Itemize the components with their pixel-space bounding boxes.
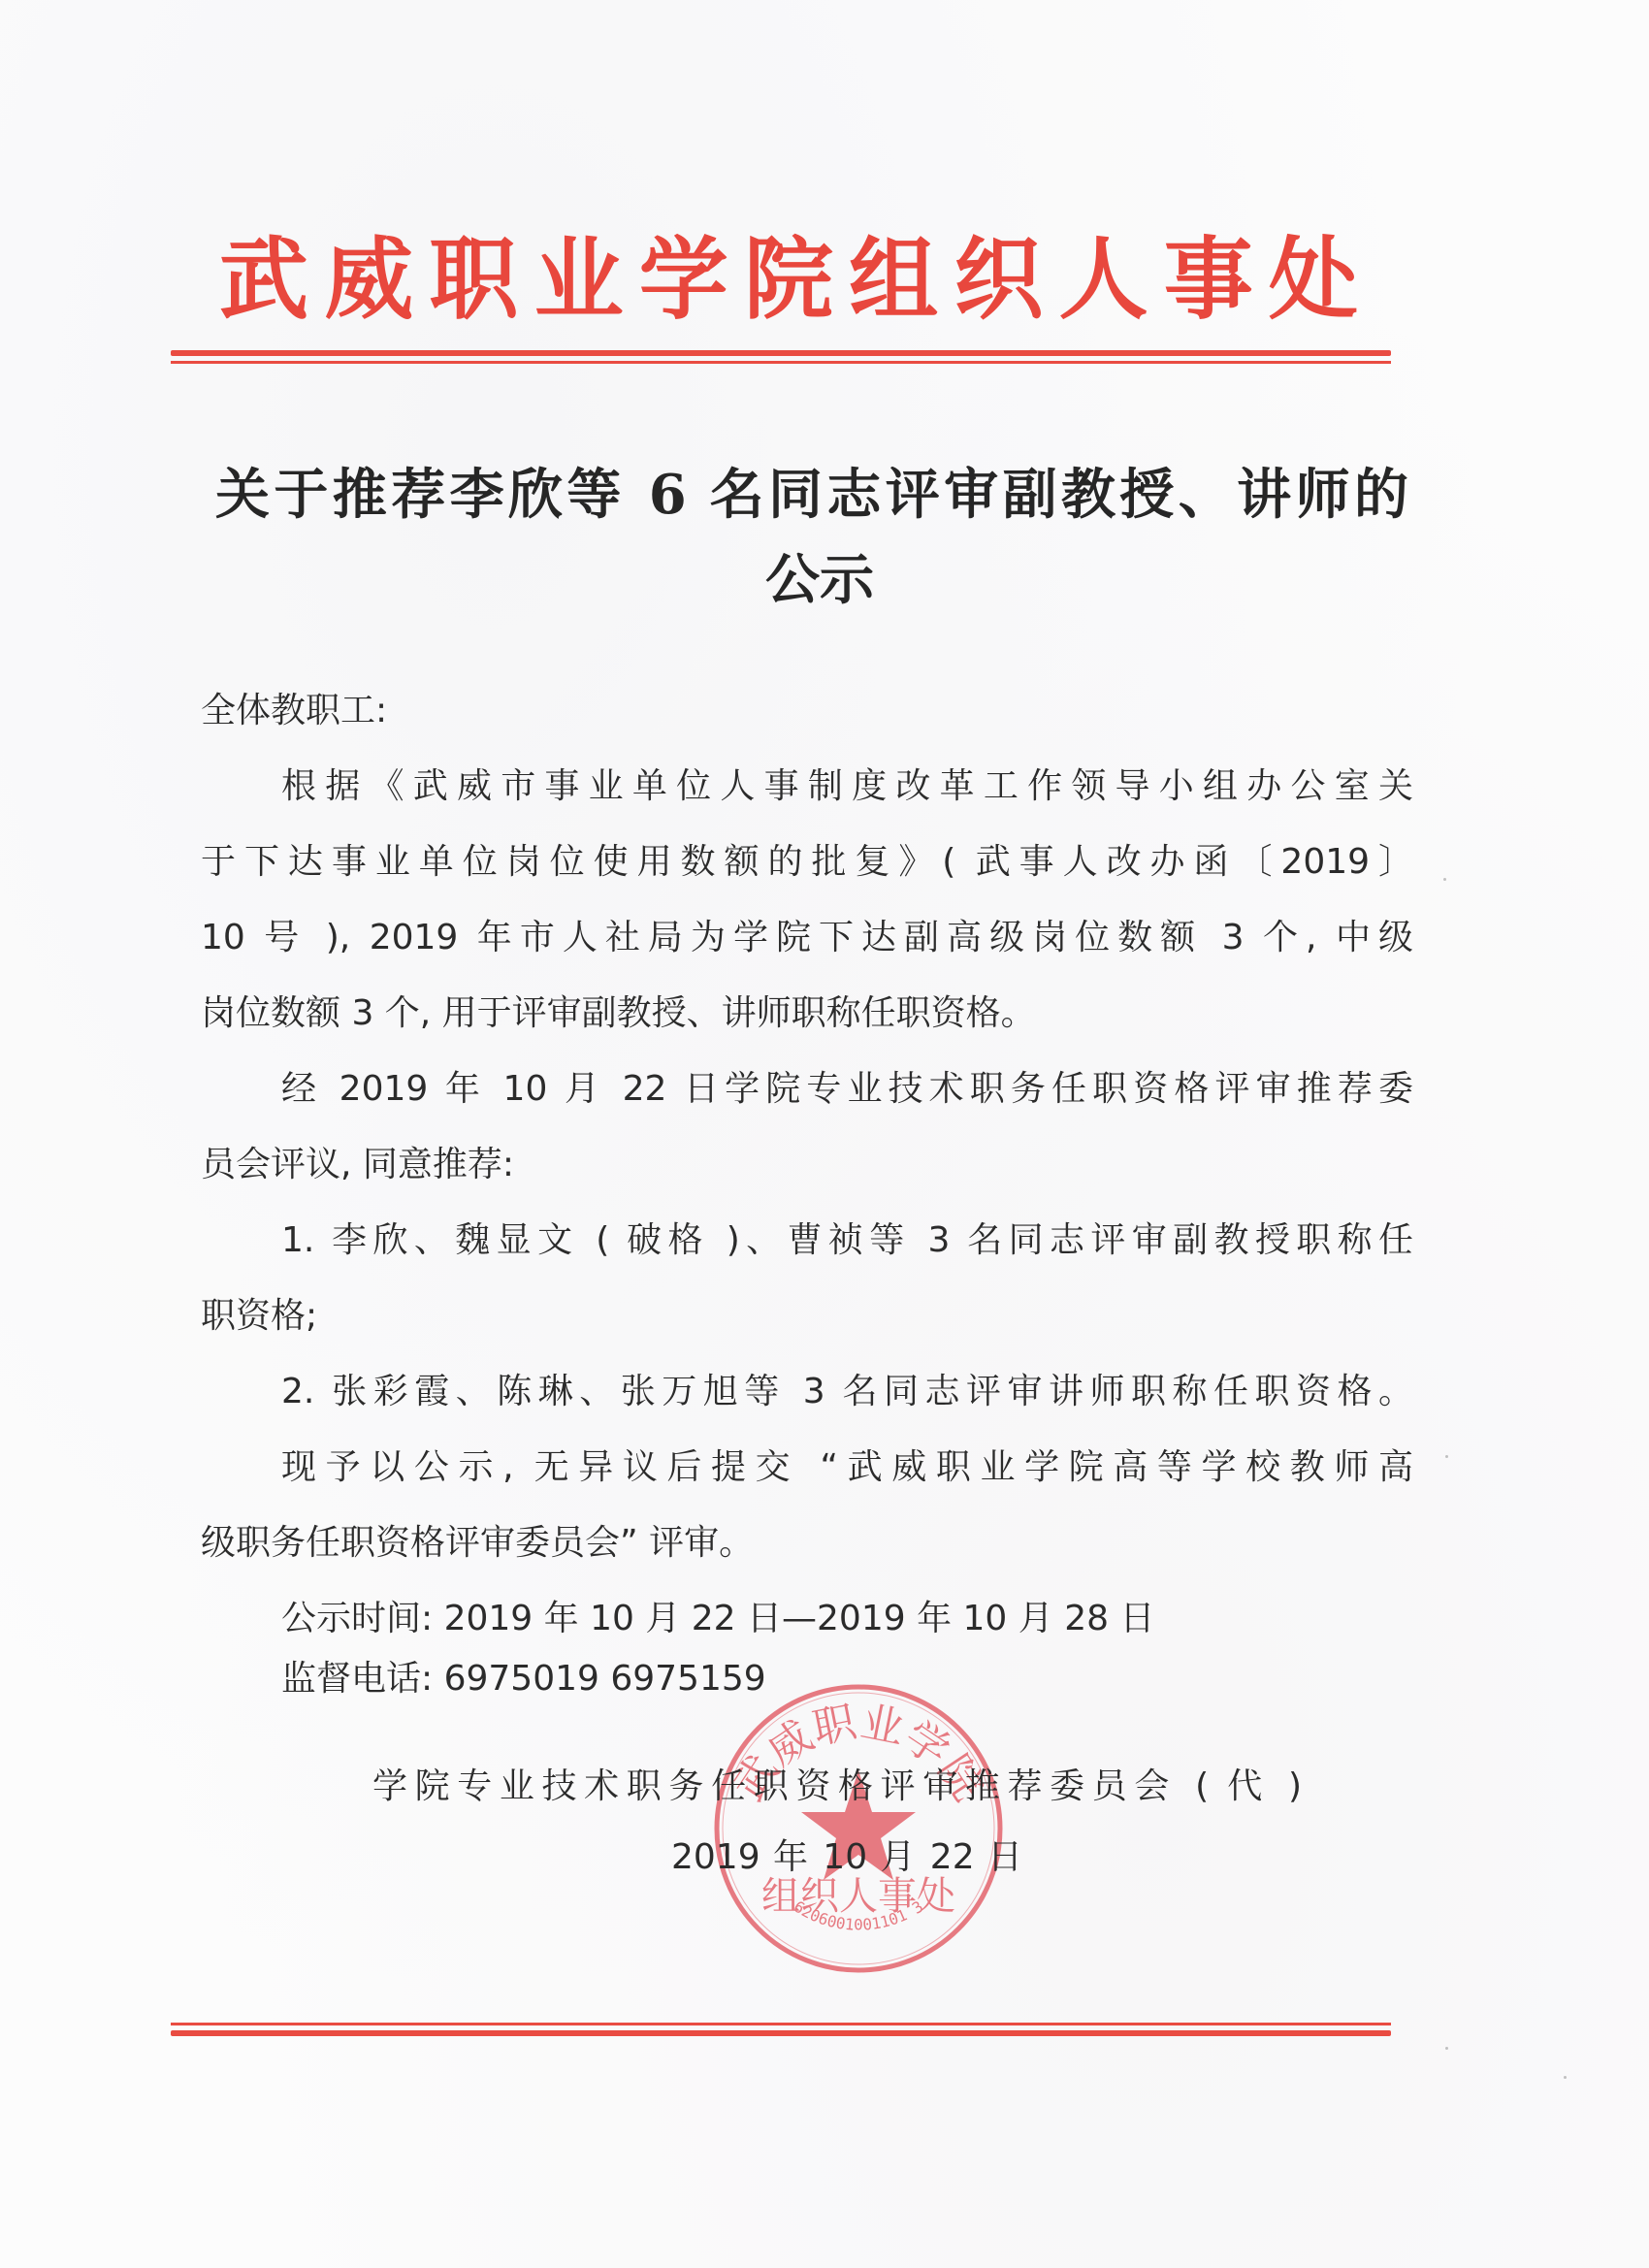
list-item-1-cont: 职资格; xyxy=(201,1297,1413,1336)
letterhead-char: 处 xyxy=(1269,235,1358,324)
letterhead-title: 武 威 职 业 学 院 组 织 人 事 处 xyxy=(171,221,1391,338)
notice-title-line1: 关于推荐李欣等 6 名同志评审副教授、讲师的 xyxy=(215,468,1408,522)
footer-rule-thin xyxy=(171,2023,1391,2025)
paragraph-line: 现予以公示, 无异议后提交 “武威职业学院高等学校教师高 xyxy=(281,1448,1413,1487)
official-seal-stamp: 武威职业学院 组织人事处 6206001001101 3 xyxy=(711,1681,1006,1976)
letterhead-rule-thin xyxy=(171,361,1391,364)
signature-date: 2019 年 10 月 22 日 xyxy=(671,1838,1022,1877)
paragraph-line: 根据《武威市事业单位人事制度改革工作领导小组办公室关 xyxy=(281,767,1413,806)
letterhead-char: 事 xyxy=(1164,235,1253,324)
letterhead-char: 组 xyxy=(849,235,938,324)
list-item-2: 2. 张彩霞、陈琳、张万旭等 3 名同志评审讲师职称任职资格。 xyxy=(281,1373,1413,1411)
scan-speck xyxy=(1564,2076,1567,2079)
paragraph-line: 岗位数额 3 个, 用于评审副教授、讲师职称任职资格。 xyxy=(201,994,1413,1033)
scan-speck xyxy=(1445,1455,1448,1458)
letterhead-char: 武 xyxy=(219,235,308,324)
paragraph-line: 员会评议, 同意推荐: xyxy=(201,1146,1413,1184)
paragraph-line: 于下达事业单位岗位使用数额的批复》( 武事人改办函〔2019〕 xyxy=(201,843,1413,882)
letterhead-char: 人 xyxy=(1059,235,1148,324)
letterhead-char: 织 xyxy=(954,235,1043,324)
paragraph-line: 级职务任职资格评审委员会” 评审。 xyxy=(201,1524,1413,1563)
scan-speck xyxy=(1445,2047,1448,2050)
letterhead-char: 学 xyxy=(639,235,728,324)
salutation: 全体教职工: xyxy=(201,692,1413,730)
notice-title-line2: 公示 xyxy=(679,553,960,607)
seal-bottom-text: 组织人事处 xyxy=(761,1874,955,1919)
publicity-period: 公示时间: 2019 年 10 月 22 日—2019 年 10 月 28 日 xyxy=(281,1600,1413,1638)
paragraph-line: 经 2019 年 10 月 22 日学院专业技术职务任职资格评审推荐委 xyxy=(281,1070,1413,1109)
letterhead-char: 职 xyxy=(429,235,518,324)
letterhead-char: 业 xyxy=(534,235,624,324)
list-item-1: 1. 李欣、魏显文 ( 破格 )、曹祯等 3 名同志评审副教授职称任 xyxy=(281,1221,1413,1260)
letterhead-char: 院 xyxy=(744,235,833,324)
letterhead-rule-thick xyxy=(171,350,1391,356)
paragraph-line: 10 号 ), 2019 年市人社局为学院下达副高级岗位数额 3 个, 中级 xyxy=(201,919,1413,957)
signature-organization: 学院专业技术职务任职资格评审推荐委员会 ( 代 ) xyxy=(372,1767,1302,1806)
seal-icon: 武威职业学院 组织人事处 6206001001101 3 xyxy=(711,1681,1006,1976)
letterhead-char: 威 xyxy=(324,235,413,324)
scan-speck xyxy=(1443,878,1446,881)
footer-rule-thick xyxy=(171,2030,1391,2036)
